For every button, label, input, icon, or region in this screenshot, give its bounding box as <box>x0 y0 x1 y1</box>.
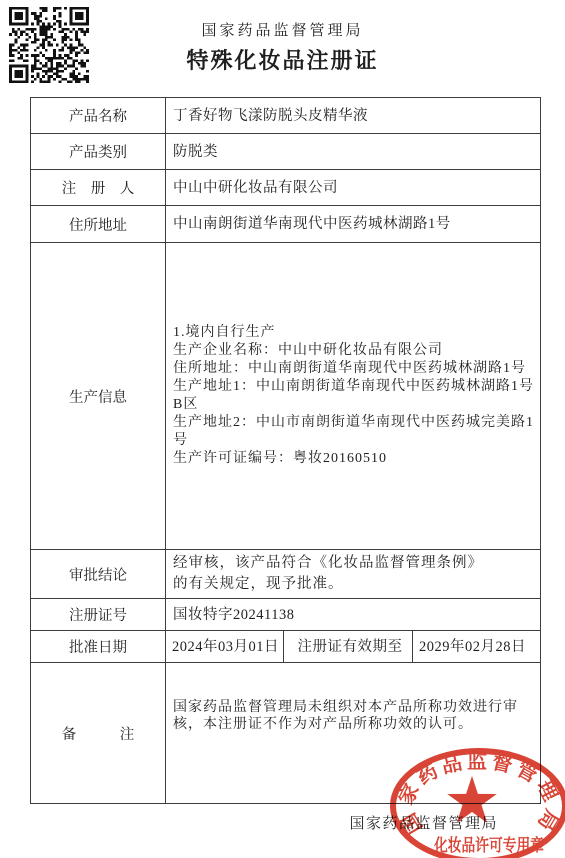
product-name-label: 产品名称 <box>31 98 166 134</box>
table-row: 产品类别 防脱类 <box>31 134 541 170</box>
table-row: 注 册 人 中山中研化妆品有限公司 <box>31 170 541 206</box>
residence-address-value: 中山南朗街道华南现代中医药城林湖路1号 <box>166 206 541 243</box>
approval-date-value: 2024年03月01日 <box>166 631 284 663</box>
certificate-page: 国家药品监督管理局 特殊化妆品注册证 产品名称 丁香好物飞漾防脱头皮精华液 产品… <box>0 0 565 858</box>
certificate-number-value: 国妆特字20241138 <box>166 599 541 631</box>
production-info-label: 生产信息 <box>31 243 166 550</box>
table-row: 审批结论 经审核，该产品符合《化妆品监督管理条例》的有关规定，现予批准。 <box>31 550 541 599</box>
footer-authority-signature: 国家药品监督管理局 <box>0 812 498 833</box>
product-name-value: 丁香好物飞漾防脱头皮精华液 <box>166 98 541 134</box>
table-row: 备 注 国家药品监督管理局未组织对本产品所称功效进行审核，本注册证不作为对产品所… <box>31 663 541 804</box>
seal-bottom-text: 化妆品许可专用章 <box>433 835 544 855</box>
remark-value: 国家药品监督管理局未组织对本产品所称功效进行审核，本注册证不作为对产品所称功效的… <box>166 663 541 804</box>
table-row: 批准日期 2024年03月01日 注册证有效期至 2029年02月28日 <box>31 631 541 663</box>
validity-label: 注册证有效期至 <box>284 631 413 663</box>
approval-conclusion-value: 经审核，该产品符合《化妆品监督管理条例》的有关规定，现予批准。 <box>166 550 541 599</box>
registrant-label: 注 册 人 <box>31 170 166 206</box>
residence-address-label: 住所地址 <box>31 206 166 243</box>
certificate-title: 特殊化妆品注册证 <box>0 44 565 75</box>
table-row: 产品名称 丁香好物飞漾防脱头皮精华液 <box>31 98 541 134</box>
certificate-table: 产品名称 丁香好物飞漾防脱头皮精华液 产品类别 防脱类 注 册 人 中山中研化妆… <box>30 97 541 804</box>
registrant-value: 中山中研化妆品有限公司 <box>166 170 541 206</box>
remark-label: 备 注 <box>31 663 166 804</box>
product-category-label: 产品类别 <box>31 134 166 170</box>
production-info-value: 1.境内自行生产生产企业名称：中山中研化妆品有限公司住所地址：中山南朗街道华南现… <box>166 243 541 550</box>
issuing-authority-title: 国家药品监督管理局 <box>0 23 565 40</box>
product-category-value: 防脱类 <box>166 134 541 170</box>
table-row: 注册证号 国妆特字20241138 <box>31 599 541 631</box>
approval-conclusion-label: 审批结论 <box>31 550 166 599</box>
certificate-number-label: 注册证号 <box>31 599 166 631</box>
approval-date-label: 批准日期 <box>31 631 166 663</box>
certificate-header: 国家药品监督管理局 特殊化妆品注册证 <box>0 23 565 75</box>
table-row: 生产信息 1.境内自行生产生产企业名称：中山中研化妆品有限公司住所地址：中山南朗… <box>31 243 541 550</box>
validity-date-value: 2029年02月28日 <box>413 631 541 663</box>
table-row: 住所地址 中山南朗街道华南现代中医药城林湖路1号 <box>31 206 541 243</box>
